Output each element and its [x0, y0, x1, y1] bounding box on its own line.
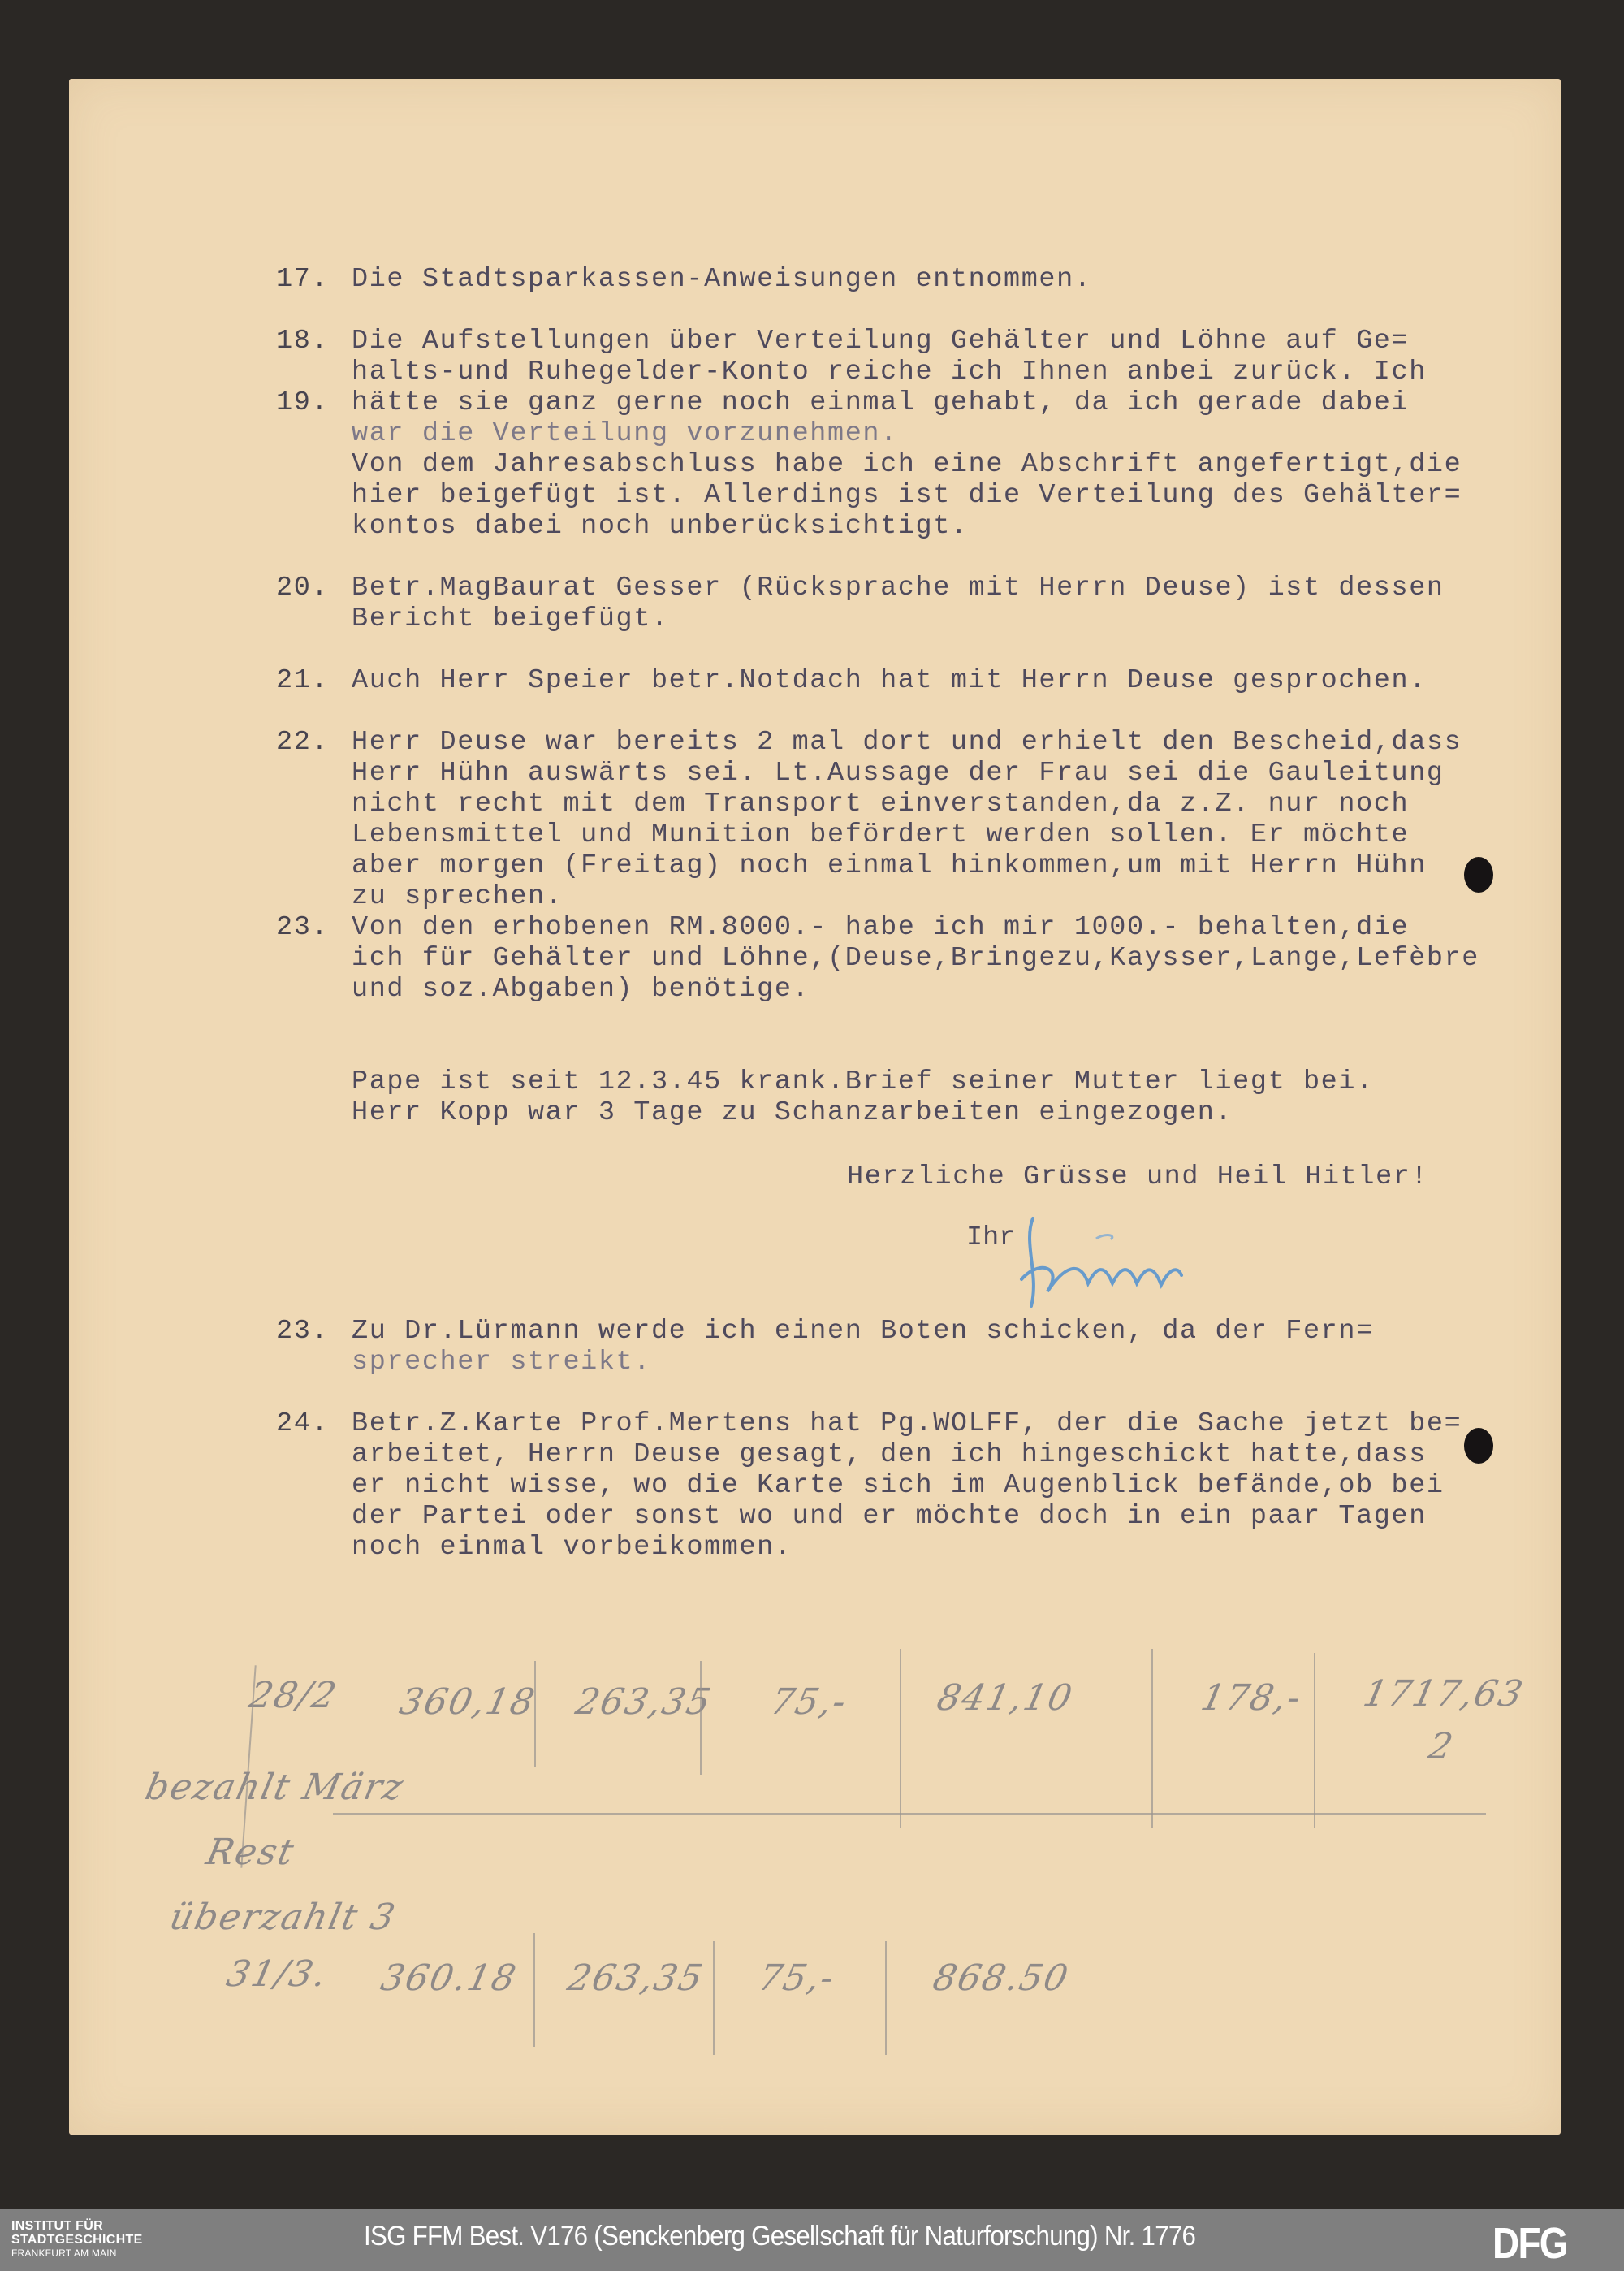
- archive-caption: ISG FFM Best. V176 (Senckenberg Gesellsc…: [364, 2221, 1195, 2252]
- closing-greeting: Herzliche Grüsse und Heil Hitler!: [847, 1161, 1428, 1192]
- institute-logo: INSTITUT FÜR STADTGESCHICHTE FRANKFURT A…: [11, 2219, 143, 2260]
- item-24: 24. Betr.Z.Karte Prof.Mertens hat Pg.WOL…: [276, 1408, 1543, 1563]
- item-21: 21. Auch Herr Speier betr.Notdach hat mi…: [276, 665, 1543, 696]
- pencil-date: 28/2: [246, 1675, 342, 1716]
- punch-hole: [1464, 1428, 1493, 1464]
- pencil-margin-note: Rest: [203, 1832, 299, 1873]
- signature: [1015, 1210, 1259, 1316]
- item-17: 17. Die Stadtsparkassen-Anweisungen entn…: [276, 264, 1543, 295]
- punch-hole: [1464, 857, 1493, 893]
- item-23-messenger: 23. Zu Dr.Lürmann werde ich einen Boten …: [276, 1316, 1543, 1378]
- item-18-19: 18. 19. Die Aufstellungen über Verteilun…: [276, 326, 1543, 542]
- item-23-funds: 23. Von den erhobenen RM.8000.- habe ich…: [276, 912, 1543, 1005]
- salutation: Ihr: [966, 1222, 1015, 1253]
- item-22: 22. Herr Deuse war bereits 2 mal dort un…: [276, 727, 1543, 912]
- typed-body: 17. Die Stadtsparkassen-Anweisungen entn…: [276, 264, 1543, 1159]
- pencil-margin-note: überzahlt 3: [166, 1897, 400, 1938]
- note-block: Pape ist seit 12.3.45 krank.Brief seiner…: [276, 1066, 1543, 1128]
- archive-footer: INSTITUT FÜR STADTGESCHICHTE FRANKFURT A…: [0, 2209, 1624, 2271]
- typed-postscript: 23. Zu Dr.Lürmann werde ich einen Boten …: [276, 1316, 1543, 1594]
- item-20: 20. Betr.MagBaurat Gesser (Rücksprache m…: [276, 573, 1543, 634]
- dfg-logo: DFG: [1492, 2218, 1567, 2269]
- pencil-margin-note: bezahlt März: [142, 1767, 408, 1808]
